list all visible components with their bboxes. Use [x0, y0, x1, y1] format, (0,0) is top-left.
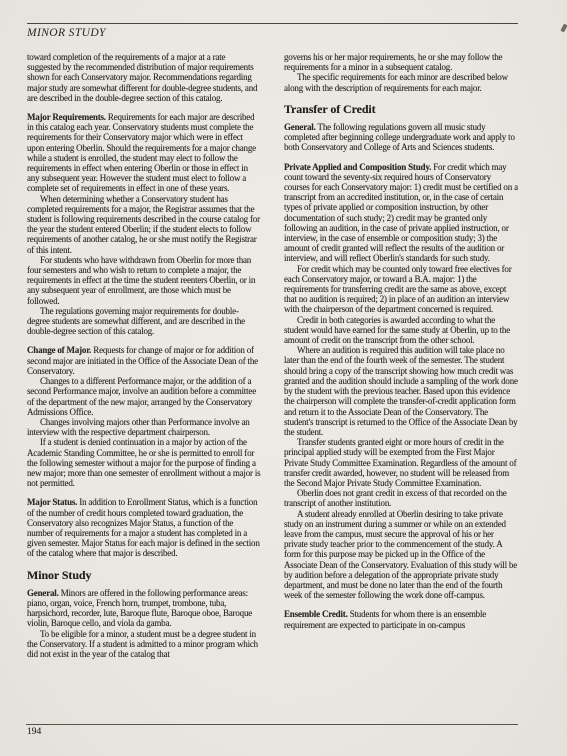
right-column: governs his or her major requirements, h…	[284, 52, 518, 659]
paragraph-text: Minors are offered in the following perf…	[27, 588, 252, 629]
scan-artifact	[560, 24, 567, 33]
footer-rule	[26, 724, 518, 725]
header-rule	[27, 23, 518, 24]
paragraph-text: For credit which may count toward the se…	[284, 162, 518, 264]
scanned-catalog-page: MINOR STUDY toward completion of the req…	[0, 0, 567, 756]
run-in-heading: Ensemble Credit.	[284, 609, 348, 619]
paragraph: toward completion of the requirements of…	[27, 52, 261, 103]
paragraph: Changes to a different Performance major…	[27, 376, 261, 417]
left-column: toward completion of the requirements of…	[27, 52, 261, 659]
paragraph: Private Applied and Composition Study. F…	[284, 162, 518, 264]
run-in-heading: Major Requirements.	[27, 112, 106, 122]
run-in-heading: Change of Major.	[27, 345, 91, 355]
paragraph: governs his or her major requirements, h…	[284, 52, 518, 72]
paragraph: Oberlin does not grant credit in excess …	[284, 488, 518, 508]
paragraph-text: The following regulations govern all mus…	[284, 122, 515, 152]
paragraph: General. Minors are offered in the follo…	[27, 588, 261, 629]
paragraph-text: Requirements for each major are describe…	[27, 112, 256, 193]
paragraph: Where an audition is required this audit…	[284, 345, 518, 437]
paragraph: The specific requirements for each minor…	[284, 72, 518, 92]
page-number: 194	[27, 727, 41, 737]
run-in-heading: Major Status.	[27, 497, 77, 507]
paragraph: For students who have withdrawn from Obe…	[27, 255, 261, 306]
paragraph: To be eligible for a minor, a student mu…	[27, 629, 261, 660]
paragraph: Major Requirements. Requirements for eac…	[27, 112, 261, 194]
paragraph: Change of Major. Requests for change of …	[27, 345, 261, 376]
two-column-layout: toward completion of the requirements of…	[27, 52, 518, 659]
paragraph: Ensemble Credit. Students for whom there…	[284, 609, 518, 629]
section-heading-transfer-of-credit: Transfer of Credit	[284, 104, 518, 114]
section-heading-minor-study: Minor Study	[27, 570, 261, 580]
paragraph: Transfer students granted eight or more …	[284, 437, 518, 488]
paragraph: A student already enrolled at Oberlin de…	[284, 509, 518, 601]
run-in-heading: General.	[27, 588, 59, 598]
paragraph: If a student is denied continuation in a…	[27, 437, 261, 488]
paragraph: General. The following regulations gover…	[284, 122, 518, 153]
paragraph: Changes involving majors other than Perf…	[27, 417, 261, 437]
paragraph: The regulations governing major requirem…	[27, 306, 261, 337]
run-in-heading: Private Applied and Composition Study.	[284, 162, 431, 172]
running-head: MINOR STUDY	[27, 27, 518, 39]
paragraph: For credit which may be counted only tow…	[284, 264, 518, 315]
run-in-heading: General.	[284, 122, 316, 132]
paragraph: When determining whether a Conservatory …	[27, 194, 261, 255]
paragraph: Major Status. In addition to Enrollment …	[27, 497, 261, 558]
paragraph: Credit in both categories is awarded acc…	[284, 315, 518, 346]
page-content: MINOR STUDY toward completion of the req…	[27, 23, 518, 659]
